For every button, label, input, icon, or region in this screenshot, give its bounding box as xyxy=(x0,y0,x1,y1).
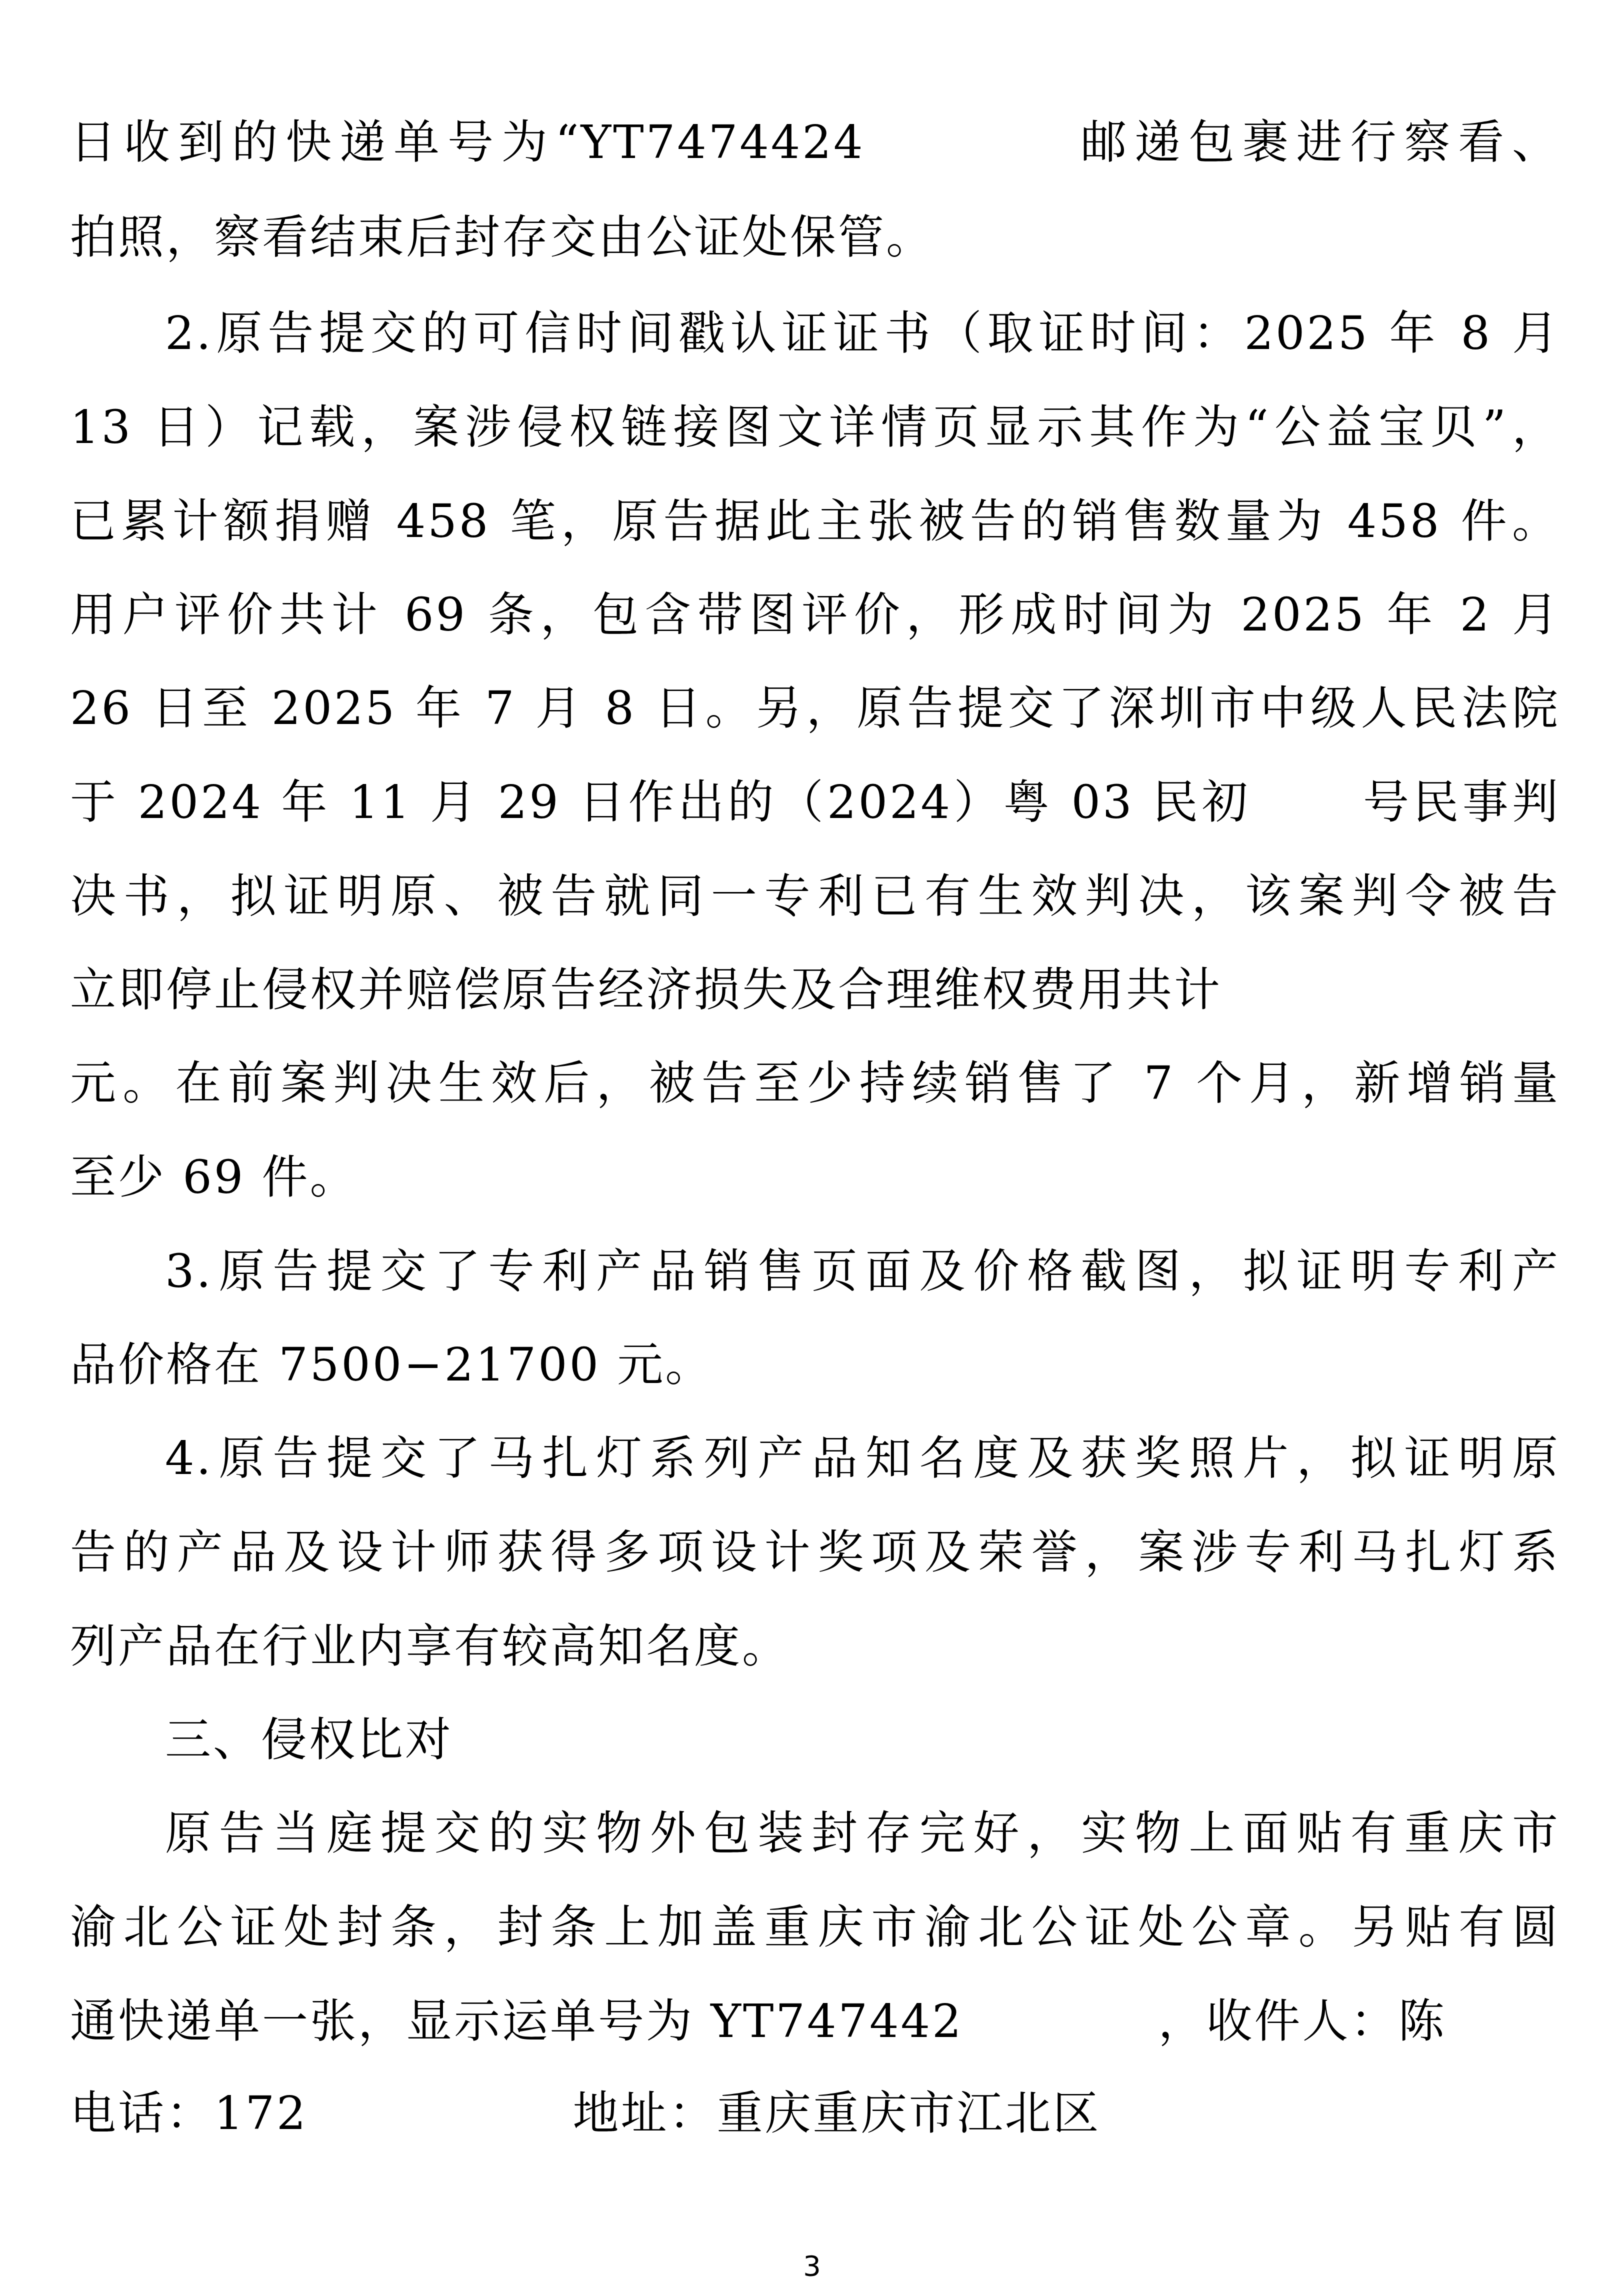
text-line-10: 立即停止侵权并赔偿原告经济损失及合理维权费用共计 xyxy=(70,962,1560,1017)
line-text-cont: 邮递包裹进行察看、 xyxy=(1074,115,1560,169)
line-text: 日收到的快递单号为“YT7474424 xyxy=(70,115,864,169)
text-line-9: 决书，拟证明原、被告就同一专利已有生效判决，该案判令被告 xyxy=(70,869,1560,924)
text-line-16: 告的产品及设计师获得多项设计奖项及荣誉，案涉专利马扎灯系 xyxy=(70,1525,1560,1580)
text-line-5: 已累计额捐赠 458 笔，原告据此主张被告的销售数量为 458 件。 xyxy=(70,494,1560,549)
text-line-6: 用户评价共计 69 条，包含带图评价，形成时间为 2025 年 2 月 xyxy=(70,587,1560,642)
text-line-21: 通快递单一张，显示运单号为 YT747442，收件人：陈 xyxy=(70,1994,1560,2049)
text-line-22: 电话：172地址：重庆重庆市江北区 xyxy=(70,2086,1560,2141)
text-line-8: 于 2024 年 11 月 29 日作出的（2024）粤 03 民初号民事判 xyxy=(70,775,1560,830)
text-line-4: 13 日）记载，案涉侵权链接图文详情页显示其作为“公益宝贝”， xyxy=(70,400,1560,455)
text-line-14: 品价格在 7500−21700 元。 xyxy=(70,1337,1560,1392)
text-line-1: 日收到的快递单号为“YT7474424邮递包裹进行察看、 xyxy=(70,115,1560,170)
line-text-cont: 地址：重庆重庆市江北区 xyxy=(573,2086,1101,2140)
line-text: 于 2024 年 11 月 29 日作出的（2024）粤 03 民初 xyxy=(70,775,1251,829)
text-line-7: 26 日至 2025 年 7 月 8 日。另，原告提交了深圳市中级人民法院 xyxy=(70,681,1560,736)
line-text: 电话：172 xyxy=(70,2086,308,2140)
text-line-12: 至少 69 件。 xyxy=(70,1150,1560,1205)
line-text-cont: ，收件人：陈 xyxy=(1158,1994,1446,2048)
line-text-cont: 号民事判 xyxy=(1361,775,1560,829)
text-line-17: 列产品在行业内享有较高知名度。 xyxy=(70,1619,1560,1674)
section-heading: 三、侵权比对 xyxy=(165,1712,1560,1767)
text-line-11: 元。在前案判决生效后，被告至少持续销售了 7 个月，新增销量 xyxy=(70,1056,1560,1111)
line-text: 通快递单一张，显示运单号为 YT747442 xyxy=(70,1994,963,2048)
document-page: 日收到的快递单号为“YT7474424邮递包裹进行察看、 拍照，察看结束后封存交… xyxy=(0,0,1624,2296)
text-line-2: 拍照，察看结束后封存交由公证处保管。 xyxy=(70,210,1560,265)
text-line-19: 原告当庭提交的实物外包装封存完好，实物上面贴有重庆市 xyxy=(165,1806,1560,1861)
text-line-15: 4.原告提交了马扎灯系列产品知名度及获奖照片，拟证明原 xyxy=(165,1431,1560,1486)
text-line-20: 渝北公证处封条，封条上加盖重庆市渝北公证处公章。另贴有圆 xyxy=(70,1900,1560,1955)
page-number: 3 xyxy=(0,2250,1624,2282)
text-line-13: 3.原告提交了专利产品销售页面及价格截图，拟证明专利产 xyxy=(165,1244,1560,1299)
text-line-3: 2.原告提交的可信时间戳认证证书（取证时间：2025 年 8 月 xyxy=(165,306,1560,361)
